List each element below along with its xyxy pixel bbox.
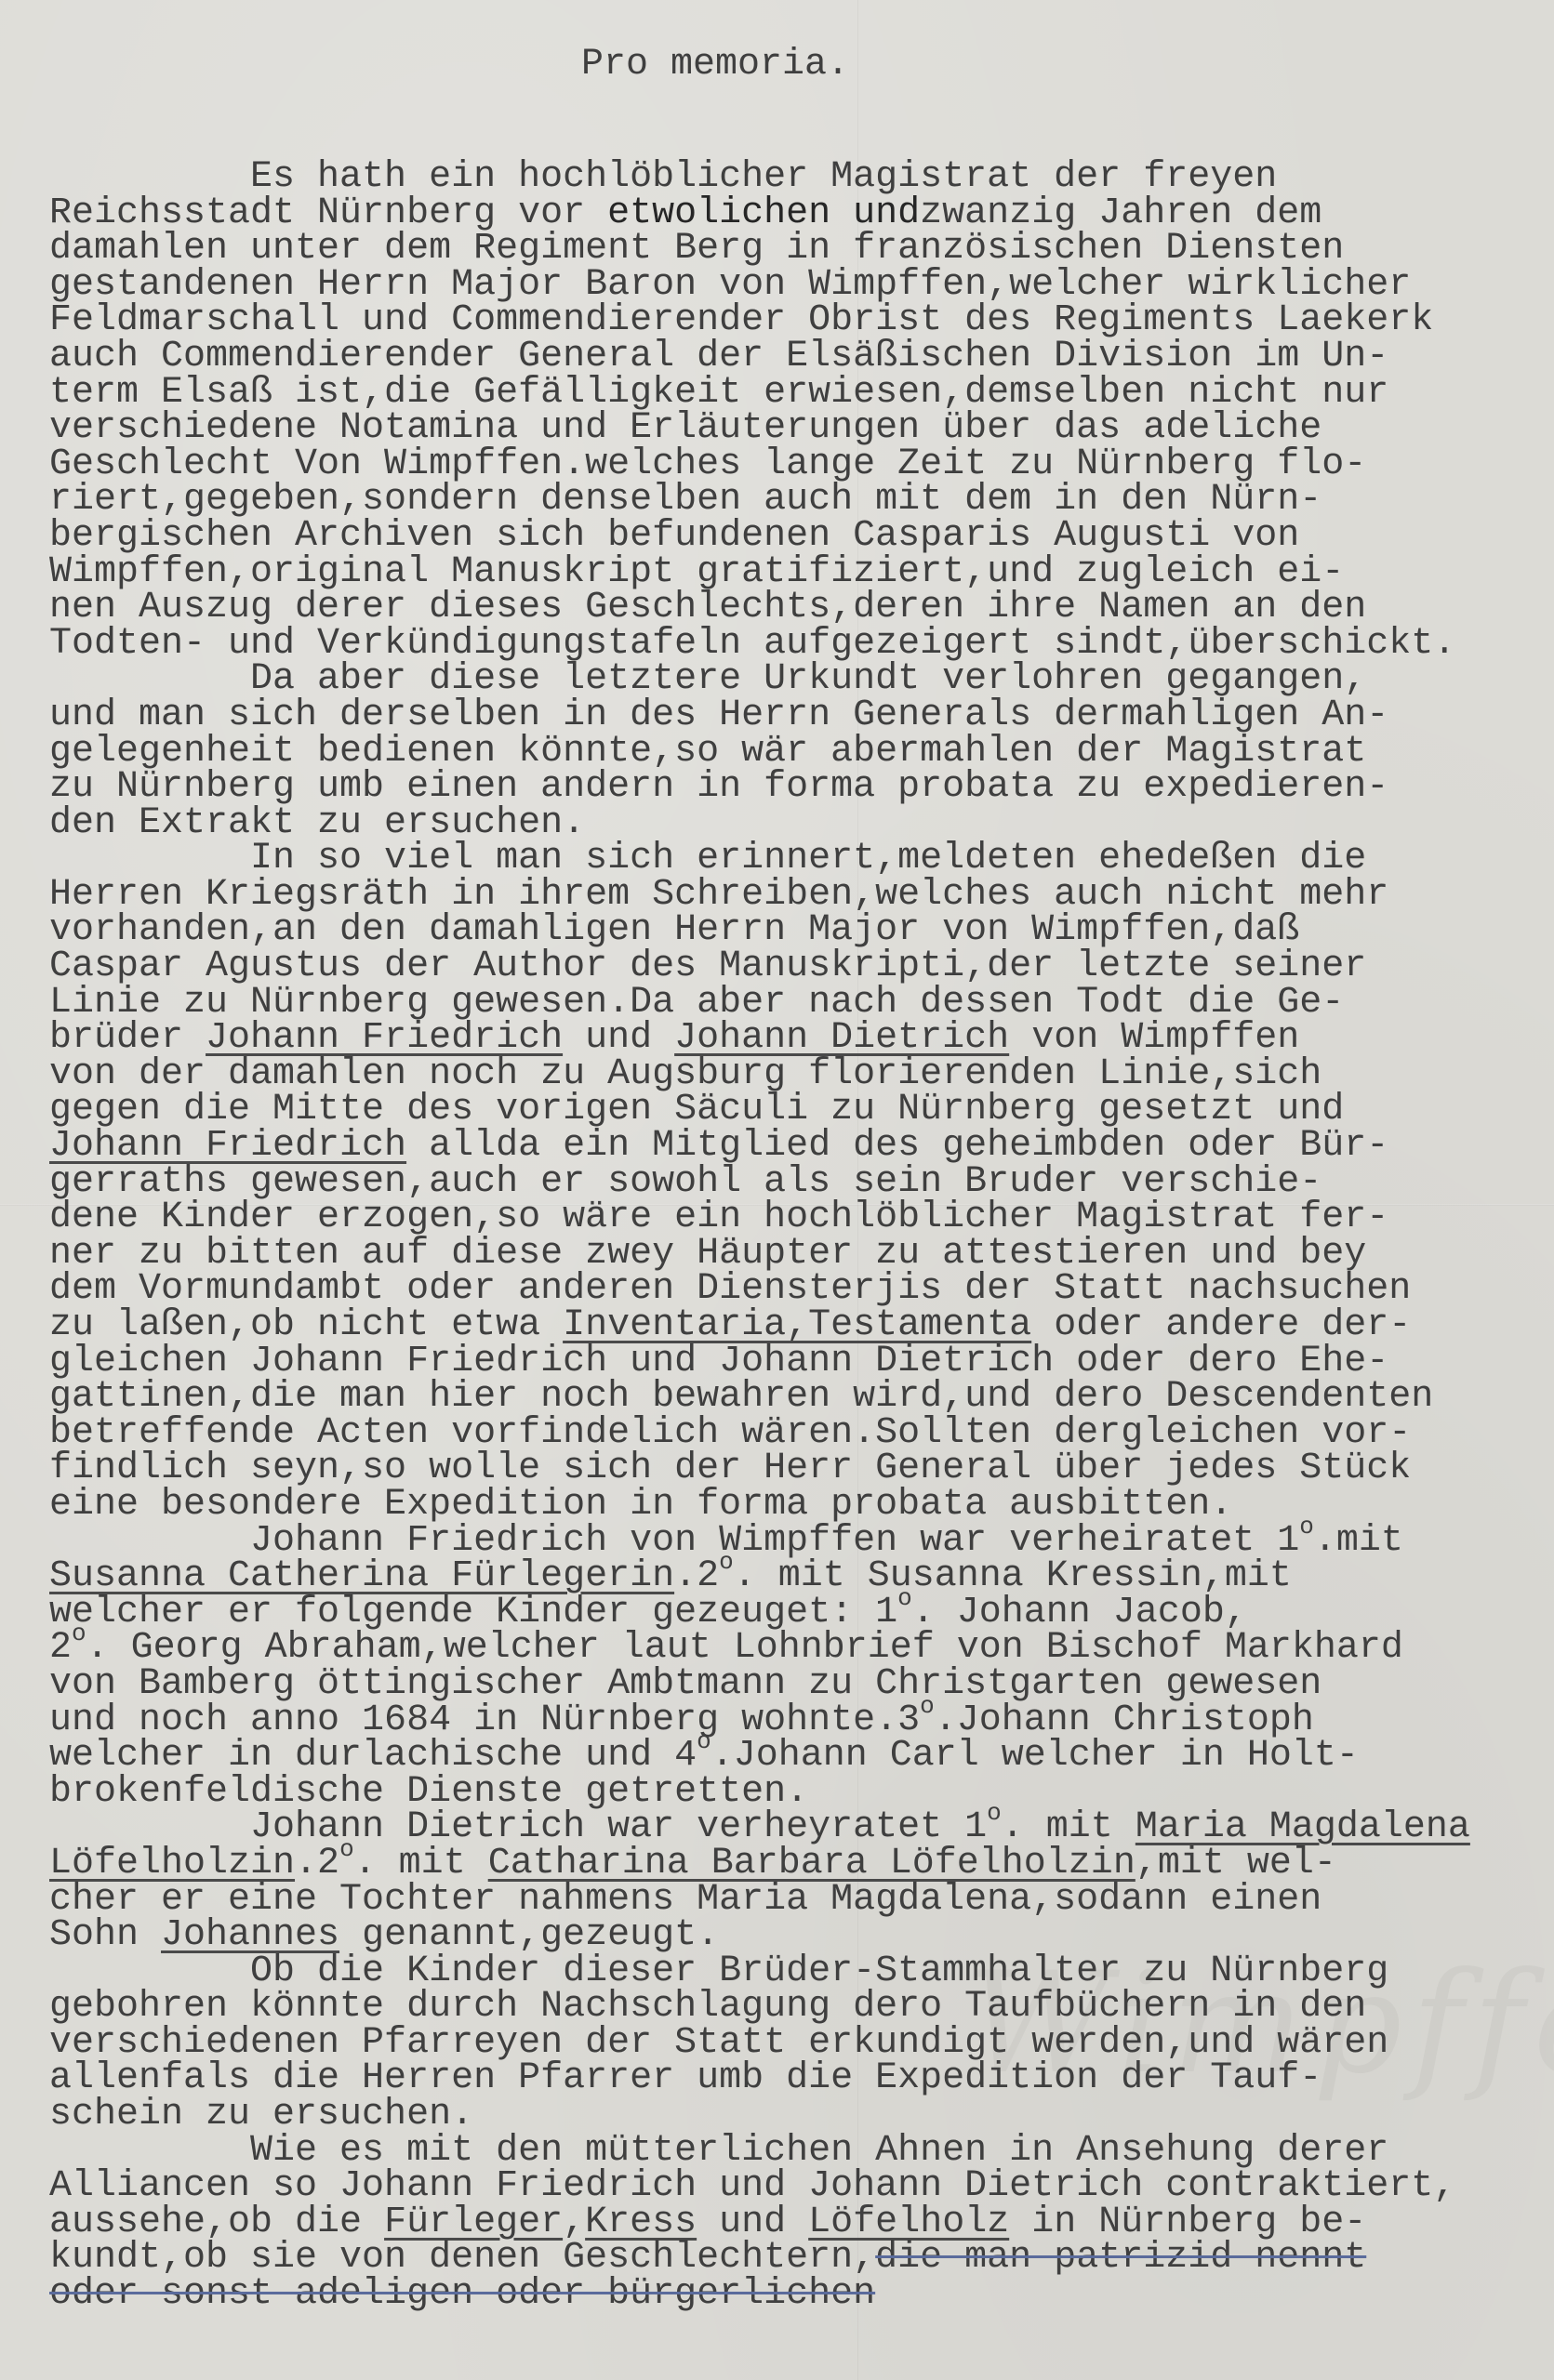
ordinal-superscript: o — [897, 1584, 912, 1612]
text-line: findlich seyn,so wolle sich der Herr Gen… — [49, 1451, 1537, 1487]
text-line: Wie es mit den mütterlichen Ahnen in Ans… — [49, 2134, 1537, 2170]
text-line: cher er eine Tochter nahmens Maria Magda… — [49, 1883, 1537, 1919]
text-line: von Bamberg öttingischer Ambtmann zu Chr… — [49, 1667, 1537, 1703]
text-line: verschiedene Notamina und Erläuterungen … — [49, 411, 1537, 447]
text-line: Löfelholzin.2o. mit Catharina Barbara Lö… — [49, 1846, 1537, 1883]
text-line: Es hath ein hochlöblicher Magistrat der … — [49, 160, 1537, 196]
text-line: und man sich derselben in des Herrn Gene… — [49, 698, 1537, 734]
struck-through-text: oder sonst adeligen oder bürgerlichen — [49, 2273, 875, 2315]
text-line: gleichen Johann Friedrich und Johann Die… — [49, 1344, 1537, 1381]
text-line: zu Nürnberg umb einen andern in forma pr… — [49, 770, 1537, 806]
ordinal-superscript: o — [72, 1620, 86, 1647]
text-line: gelegenheit bedienen könnte,so wär aberm… — [49, 734, 1537, 771]
text-line: term Elsaß ist,die Gefälligkeit erwiesen… — [49, 376, 1537, 412]
text-line: ner zu bitten auf diese zwey Häupter zu … — [49, 1236, 1537, 1273]
text-line: Alliancen so Johann Friedrich und Johann… — [49, 2169, 1537, 2205]
text-line: brokenfeldische Dienste getretten. — [49, 1775, 1537, 1811]
text-line: gestandenen Herrn Major Baron von Wimpff… — [49, 268, 1537, 304]
text-line: Linie zu Nürnberg gewesen.Da aber nach d… — [49, 985, 1537, 1022]
ordinal-superscript: o — [719, 1548, 734, 1576]
text-line: von der damahlen noch zu Augsburg florie… — [49, 1057, 1537, 1093]
document-body: Es hath ein hochlöblicher Magistrat der … — [49, 160, 1537, 2313]
text-line: Johann Friedrich von Wimpffen war verhei… — [49, 1524, 1537, 1560]
text-line: 2o. Georg Abraham,welcher laut Lohnbrief… — [49, 1631, 1537, 1667]
document-title: Pro memoria. — [581, 46, 849, 84]
text-segment: .mit — [1314, 1520, 1403, 1562]
text-line: Todten- und Verkündigungstafeln aufgezei… — [49, 627, 1537, 663]
text-line: nen Auszug derer dieses Geschlechts,dere… — [49, 590, 1537, 627]
text-line: verschiedenen Pfarreyen der Statt erkund… — [49, 2026, 1537, 2062]
text-line: Johann Dietrich war verheyratet 1o. mit … — [49, 1810, 1537, 1846]
struck-through-text: die man patrizid nennt — [875, 2237, 1366, 2279]
text-line: Geschlecht Von Wimpffen.welches lange Ze… — [49, 447, 1537, 483]
text-line: auch Commendierender General der Elsäßis… — [49, 339, 1537, 376]
text-line: Wimpffen,original Manuskript gratifizier… — [49, 555, 1537, 591]
text-line: den Extrakt zu ersuchen. — [49, 806, 1537, 842]
text-line: welcher in durlachische und 4o.Johann Ca… — [49, 1739, 1537, 1775]
ordinal-superscript: o — [1299, 1513, 1314, 1540]
text-line: zu laßen,ob nicht etwa Inventaria,Testam… — [49, 1308, 1537, 1344]
text-line: oder sonst adeligen oder bürgerlichen — [49, 2277, 1537, 2313]
text-line: Herren Kriegsräth in ihrem Schreiben,wel… — [49, 878, 1537, 914]
ordinal-superscript: o — [920, 1692, 935, 1720]
text-line: aussehe,ob die Fürleger,Kress und Löfelh… — [49, 2205, 1537, 2241]
text-line: allenfals die Herren Pfarrer umb die Exp… — [49, 2061, 1537, 2097]
text-line: Johann Friedrich allda ein Mitglied des … — [49, 1129, 1537, 1165]
text-line: gattinen,die man hier noch bewahren wird… — [49, 1380, 1537, 1416]
ordinal-superscript: o — [987, 1799, 1002, 1827]
text-line: betreffende Acten vorfindelich wären.Sol… — [49, 1416, 1537, 1452]
text-line: dem Vormundambt oder anderen Diensterjis… — [49, 1272, 1537, 1308]
text-line: riert,gegeben,sondern denselben auch mit… — [49, 483, 1537, 519]
text-line: In so viel man sich erinnert,meldeten eh… — [49, 841, 1537, 878]
text-line: gegen die Mitte des vorigen Säculi zu Nü… — [49, 1092, 1537, 1129]
ordinal-superscript: o — [339, 1835, 354, 1863]
text-line: Sohn Johannes genannt,gezeugt. — [49, 1918, 1537, 1954]
text-segment: .Johann Carl welcher in Holt- — [711, 1735, 1359, 1777]
text-line: schein zu ersuchen. — [49, 2097, 1537, 2134]
ordinal-superscript: o — [697, 1727, 711, 1755]
text-line: kundt,ob sie von denen Geschlechtern,die… — [49, 2241, 1537, 2277]
text-line: Da aber diese letztere Urkundt verlohren… — [49, 662, 1537, 698]
text-line: bergischen Archiven sich befundenen Casp… — [49, 519, 1537, 555]
text-line: brüder Johann Friedrich und Johann Dietr… — [49, 1021, 1537, 1057]
text-line: Susanna Catherina Fürlegerin.2o. mit Sus… — [49, 1559, 1537, 1595]
text-line: gebohren könnte durch Nachschlagung dero… — [49, 1990, 1537, 2026]
text-line: Ob die Kinder dieser Brüder-Stammhalter … — [49, 1954, 1537, 1990]
text-line: damahlen unter dem Regiment Berg in fran… — [49, 231, 1537, 268]
text-line: Caspar Agustus der Author des Manuskript… — [49, 949, 1537, 985]
text-line: gerraths gewesen,auch er sowohl als sein… — [49, 1165, 1537, 1201]
text-line: Feldmarschall und Commendierender Obrist… — [49, 303, 1537, 339]
text-line: Reichsstadt Nürnberg vor etwolichen undz… — [49, 196, 1537, 232]
text-line: und noch anno 1684 in Nürnberg wohnte.3o… — [49, 1703, 1537, 1739]
text-line: dene Kinder erzogen,so wäre ein hochlöbl… — [49, 1200, 1537, 1236]
text-line: vorhanden,an den damahligen Herrn Major … — [49, 913, 1537, 949]
text-line: welcher er folgende Kinder gezeuget: 1o.… — [49, 1595, 1537, 1632]
text-line: eine besondere Expedition in forma proba… — [49, 1487, 1537, 1524]
